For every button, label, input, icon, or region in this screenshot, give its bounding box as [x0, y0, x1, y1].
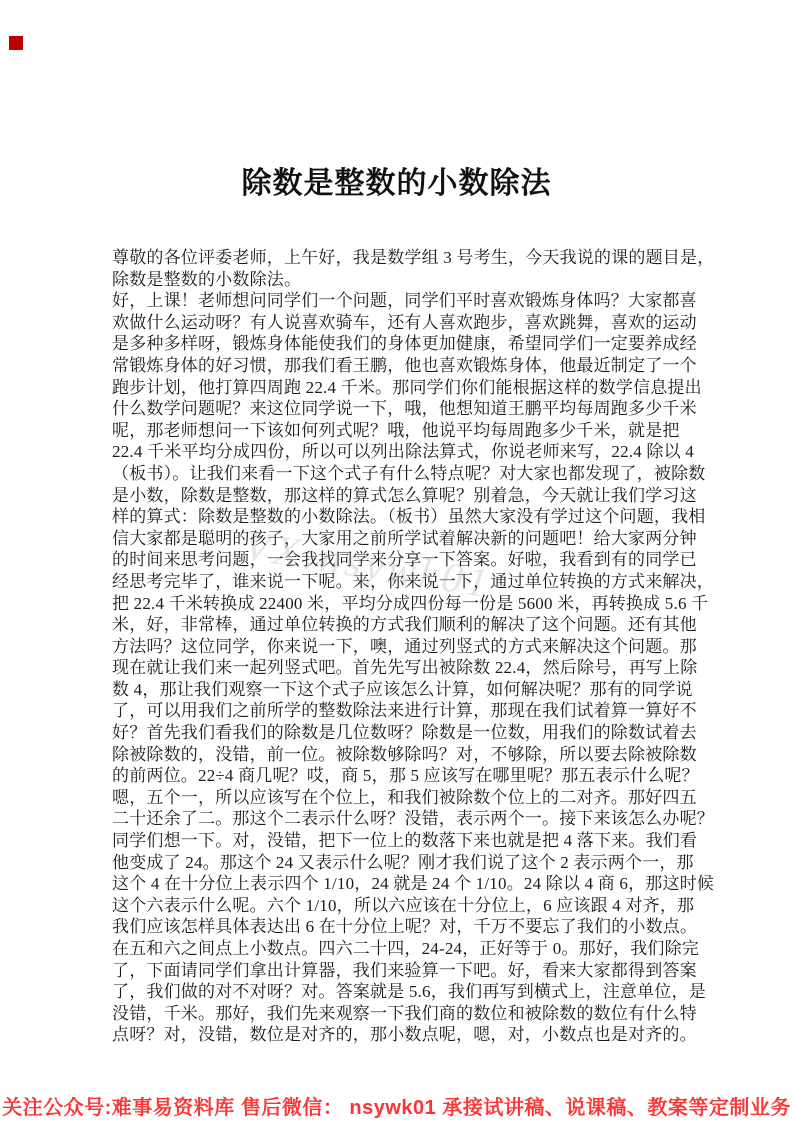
page-title: 除数是整数的小数除法 [0, 158, 793, 202]
text-line: 点呀？对，没错，数位是对齐的，那小数点呢，嗯，对，小数点也是对齐的。 [112, 1024, 686, 1046]
footer-banner: 关注公众号:难事易资料库 售后微信： nsywk01 承接试讲稿、说课稿、教案等… [0, 1091, 793, 1120]
text-line: 的前两位。22÷4 商几呢？哎，商 5，那 5 应该写在哪里呢？那五表示什么呢？ [112, 765, 686, 787]
text-line: 是多种多样呀，锻炼身体能使我们的身体更加健康，希望同学们一定要养成经 [112, 333, 686, 355]
text-line: 他变成了 24。那这个 24 又表示什么呢？刚才我们说了这个 2 表示两个一，那 [112, 852, 686, 874]
text-line: 数 4，那让我们观察一下这个式子应该怎么计算，如何解决呢？那有的同学说 [112, 679, 686, 701]
text-line: 信大家都是聪明的孩子，大家用之前所学试着解决新的问题吧！给大家两分钟 [112, 528, 686, 550]
text-line: 跑步计划，他打算四周跑 22.4 千米。那同学们你们能根据这样的数学信息提出 [112, 377, 686, 399]
text-line: 22.4 千米平均分成四份，所以可以列出除法算式，你说老师来写，22.4 除以 … [112, 441, 686, 463]
text-line: 样的算式：除数是整数的小数除法。（板书）虽然大家没有学过这个问题，我相 [112, 506, 686, 528]
text-line: 常锻炼身体的好习惯，那我们看王鹏，他也喜欢锻炼身体，他最近制定了一个 [112, 355, 686, 377]
text-line: 方法吗？这位同学，你来说一下，噢，通过列竖式的方式来解决这个问题。那 [112, 636, 686, 658]
text-line: 什么数学问题呢？来这位同学说一下，哦，他想知道王鹏平均每周跑多少千米 [112, 398, 686, 420]
text-line: 在五和六之间点上小数点。四六二十四，24-24，正好等于 0。那好，我们除完 [112, 938, 686, 960]
document-page: 除数是整数的小数除法 尊敬的各位评委老师，上午好，我是数学组 3 号考生，今天我… [0, 0, 793, 1122]
text-line: 把 22.4 千米转换成 22400 米，平均分成四份每一份是 5600 米，再… [112, 593, 686, 615]
text-line: 欢做什么运动呀？有人说喜欢骑车，还有人喜欢跑步，喜欢跳舞，喜欢的运动 [112, 312, 686, 334]
text-line: 的时间来思考问题，一会我找同学来分享一下答案。好啦，我看到有的同学已 [112, 549, 686, 571]
text-line: 除被除数的，没错，前一位。被除数够除吗？对，不够除，所以要去除被除数 [112, 744, 686, 766]
text-line: 了，可以用我们之前所学的整数除法来进行计算，那现在我们试着算一算好不 [112, 700, 686, 722]
text-line: 二十还余了二。那这个二表示什么呀？没错，表示两个一。接下来该怎么办呢？ [112, 808, 686, 830]
text-line: 了，下面请同学们拿出计算器，我们来验算一下吧。好，看来大家都得到答案 [112, 960, 686, 982]
text-line: 嗯，五个一，所以应该写在个位上，和我们被除数个位上的二对齐。那好四五 [112, 787, 686, 809]
text-line: 同学们想一下。对，没错，把下一位上的数落下来也就是把 4 落下来。我们看 [112, 830, 686, 852]
text-line: 我们应该怎样具体表达出 6 在十分位上呢？对，千万不要忘了我们的小数点。 [112, 916, 686, 938]
text-line: 尊敬的各位评委老师，上午好，我是数学组 3 号考生，今天我说的课的题目是， [112, 247, 686, 269]
text-line: 除数是整数的小数除法。 [112, 269, 686, 291]
text-line: 是小数，除数是整数，那这样的算式怎么算呢？别着急，今天就让我们学习这 [112, 485, 686, 507]
text-line: 没错，千米。那好，我们先来观察一下我们商的数位和被除数的数位有什么特 [112, 1003, 686, 1025]
text-line: 好，上课！老师想问同学们一个问题，同学们平时喜欢锻炼身体吗？大家都喜 [112, 290, 686, 312]
text-line: （板书）。让我们来看一下这个式子有什么特点呢？对大家也都发现了，被除数 [112, 463, 686, 485]
text-line: 好？首先我们看我们的除数是几位数呀？除数是一位数，用我们的除数试着去 [112, 722, 686, 744]
text-line: 呢，那老师想问一下该如何列式呢？哦，他说平均每周跑多少千米，就是把 [112, 420, 686, 442]
text-line: 这个 4 在十分位上表示四个 1/10，24 就是 24 个 1/10。24 除… [112, 873, 686, 895]
document-body: 尊敬的各位评委老师，上午好，我是数学组 3 号考生，今天我说的课的题目是，除数是… [112, 247, 686, 1046]
text-line: 经思考完毕了，谁来说一下呢。来，你来说一下，通过单位转换的方式来解决， [112, 571, 686, 593]
text-line: 米，好，非常棒，通过单位转换的方式我们顺利的解决了这个问题。还有其他 [112, 614, 686, 636]
text-line: 这个六表示什么呢。六个 1/10，所以六应该在十分位上，6 应该跟 4 对齐，那 [112, 895, 686, 917]
text-line: 现在就让我们来一起列竖式吧。首先先写出被除数 22.4，然后除号，再写上除 [112, 657, 686, 679]
text-line: 了，我们做的对不对呀？对。答案就是 5.6，我们再写到横式上，注意单位，是 [112, 981, 686, 1003]
red-corner-marker [9, 36, 23, 50]
